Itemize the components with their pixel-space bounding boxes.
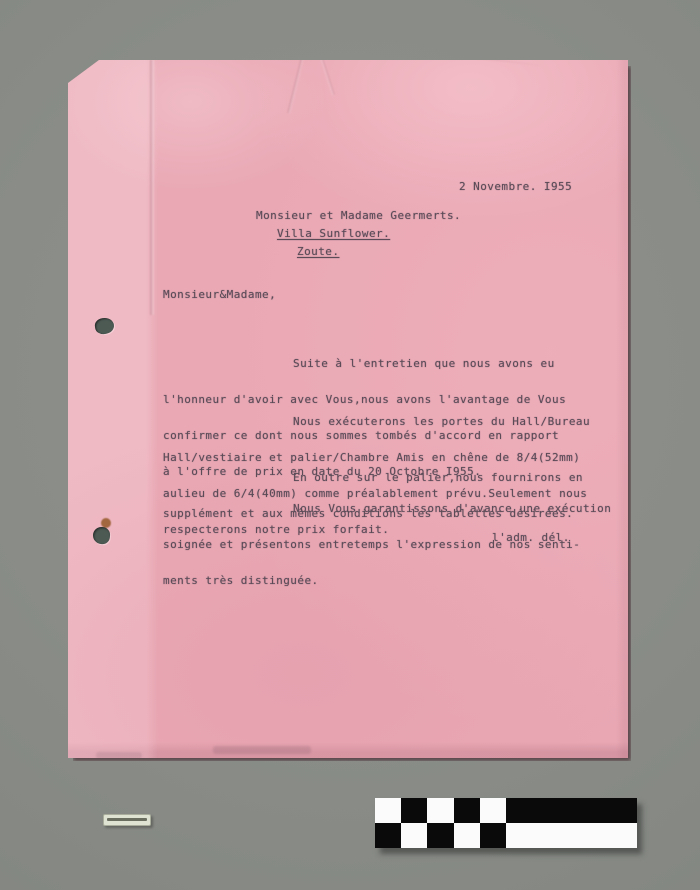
paragraph-line: ments très distinguée. [163,575,643,587]
letter-content: 2 Novembre. I955 Monsieur et Madame Geer… [68,60,628,758]
letter-date: 2 Novembre. I955 [459,181,572,193]
recipient-villa: Villa Sunflower. [277,228,390,240]
recipient-city: Zoute. [297,246,339,258]
scale-bar-cell [375,798,401,823]
scale-bar-row [375,798,637,823]
recipient-name: Monsieur et Madame Geermerts. [256,210,461,222]
scale-bar-cell [480,823,506,848]
scale-bar-cell [506,823,637,848]
signature: l'adm. dél. [492,532,570,544]
scale-bar-cell [401,798,427,823]
scale-bar-cell [454,823,480,848]
paragraph-line: Nous exécuterons les portes du Hall/Bure… [163,416,643,428]
small-label-sliver [103,814,151,826]
scale-bar-row [375,823,637,848]
scale-bar-cell [480,798,506,823]
paragraph-line: Suite à l'entretien que nous avons eu [163,358,643,370]
scale-bar-cell [375,823,401,848]
paragraph: Nous Vous garantissons d'avance une exéc… [163,479,643,611]
scale-bar-cell [427,823,453,848]
paragraph-line: Nous Vous garantissons d'avance une exéc… [163,503,643,515]
scale-bar-cell [506,798,637,823]
calibration-scale-bar [375,798,637,848]
paragraph-line: soignée et présentons entretemps l'expre… [163,539,643,551]
scale-bar-cell [401,823,427,848]
scale-bar-cell [427,798,453,823]
small-label-sliver-core [107,818,147,821]
archive-photo: 2 Novembre. I955 Monsieur et Madame Geer… [0,0,700,890]
letter-paper: 2 Novembre. I955 Monsieur et Madame Geer… [68,60,628,758]
scale-bar-cell [454,798,480,823]
salutation: Monsieur&Madame, [163,289,276,301]
